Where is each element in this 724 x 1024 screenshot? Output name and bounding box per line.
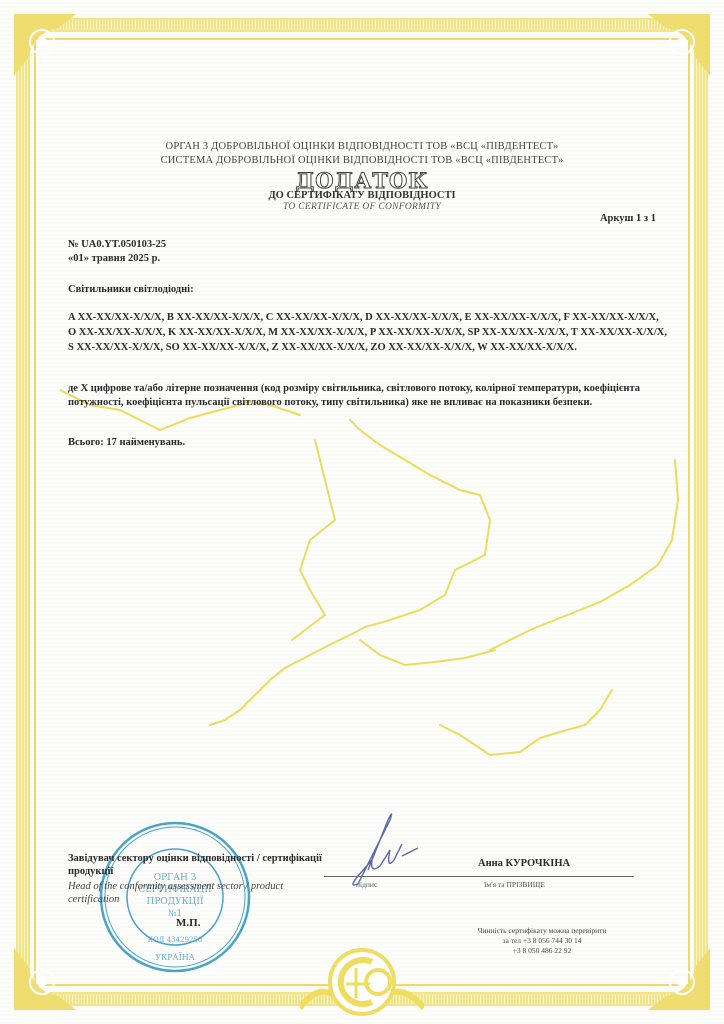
corner-ornament-icon (14, 14, 76, 76)
corner-ornament-icon (648, 14, 710, 76)
signature-label: підпис (356, 880, 377, 889)
products-title: Світильники світлодіодні: (68, 283, 194, 297)
issuing-body-header: ОРГАН З ДОБРОВІЛЬНОЇ ОЦІНКИ ВІДПОВІДНОСТ… (0, 140, 724, 168)
signatory-title-ua: Завідувач сектору оцінки відповідності /… (68, 852, 328, 878)
product-models-description: де X цифрове та/або літерне позначення (… (68, 382, 668, 410)
svg-text:УКРАЇНА: УКРАЇНА (155, 953, 195, 962)
name-label: Ім'я та ПРІЗВИЩЕ (484, 880, 545, 889)
products-total: Всього: 17 найменувань. (68, 436, 185, 450)
org-line-1: ОРГАН З ДОБРОВІЛЬНОЇ ОЦІНКИ ВІДПОВІДНОСТ… (0, 140, 724, 154)
org-line-2: СИСТЕМА ДОБРОВІЛЬНОЇ ОЦІНКИ ВІДПОВІДНОСТ… (0, 154, 724, 168)
signatory-name: Анна КУРОЧКІНА (478, 858, 570, 869)
corner-ornament-icon (648, 948, 710, 1010)
certificate-number: № UA0.YT.050103-25 (68, 238, 166, 252)
certificate-date: «01» травня 2025 р. (68, 252, 160, 266)
verification-line-1: Чинність сертифікату можна перевірити (440, 926, 644, 936)
certification-system-emblem-icon (300, 940, 424, 1020)
verification-info: Чинність сертифікату можна перевірити за… (440, 926, 644, 956)
signature-line (324, 876, 634, 877)
verification-phone-2: +3 8 050 486 22 92 (440, 946, 644, 956)
svg-text:КОД 43429258: КОД 43429258 (148, 936, 203, 944)
product-models-list: A XX-XX/XX-X/X/X, B XX-XX/XX-X/X/X, C XX… (68, 310, 668, 355)
verification-phone-1: за тел +3 8 056 744 30 14 (440, 936, 644, 946)
signatory-title-en: Head of the conformity assessment sector… (68, 880, 308, 906)
corner-ornament-icon (14, 948, 76, 1010)
stamp-place-mark: М.П. (176, 917, 200, 929)
sheet-number: Аркуш 1 з 1 (600, 213, 656, 224)
document-subtitle-en: TO CERTIFICATE OF CONFORMITY (0, 202, 724, 212)
document-subtitle: ДО СЕРТИФІКАТУ ВІДПОВІДНОСТІ (0, 190, 724, 201)
